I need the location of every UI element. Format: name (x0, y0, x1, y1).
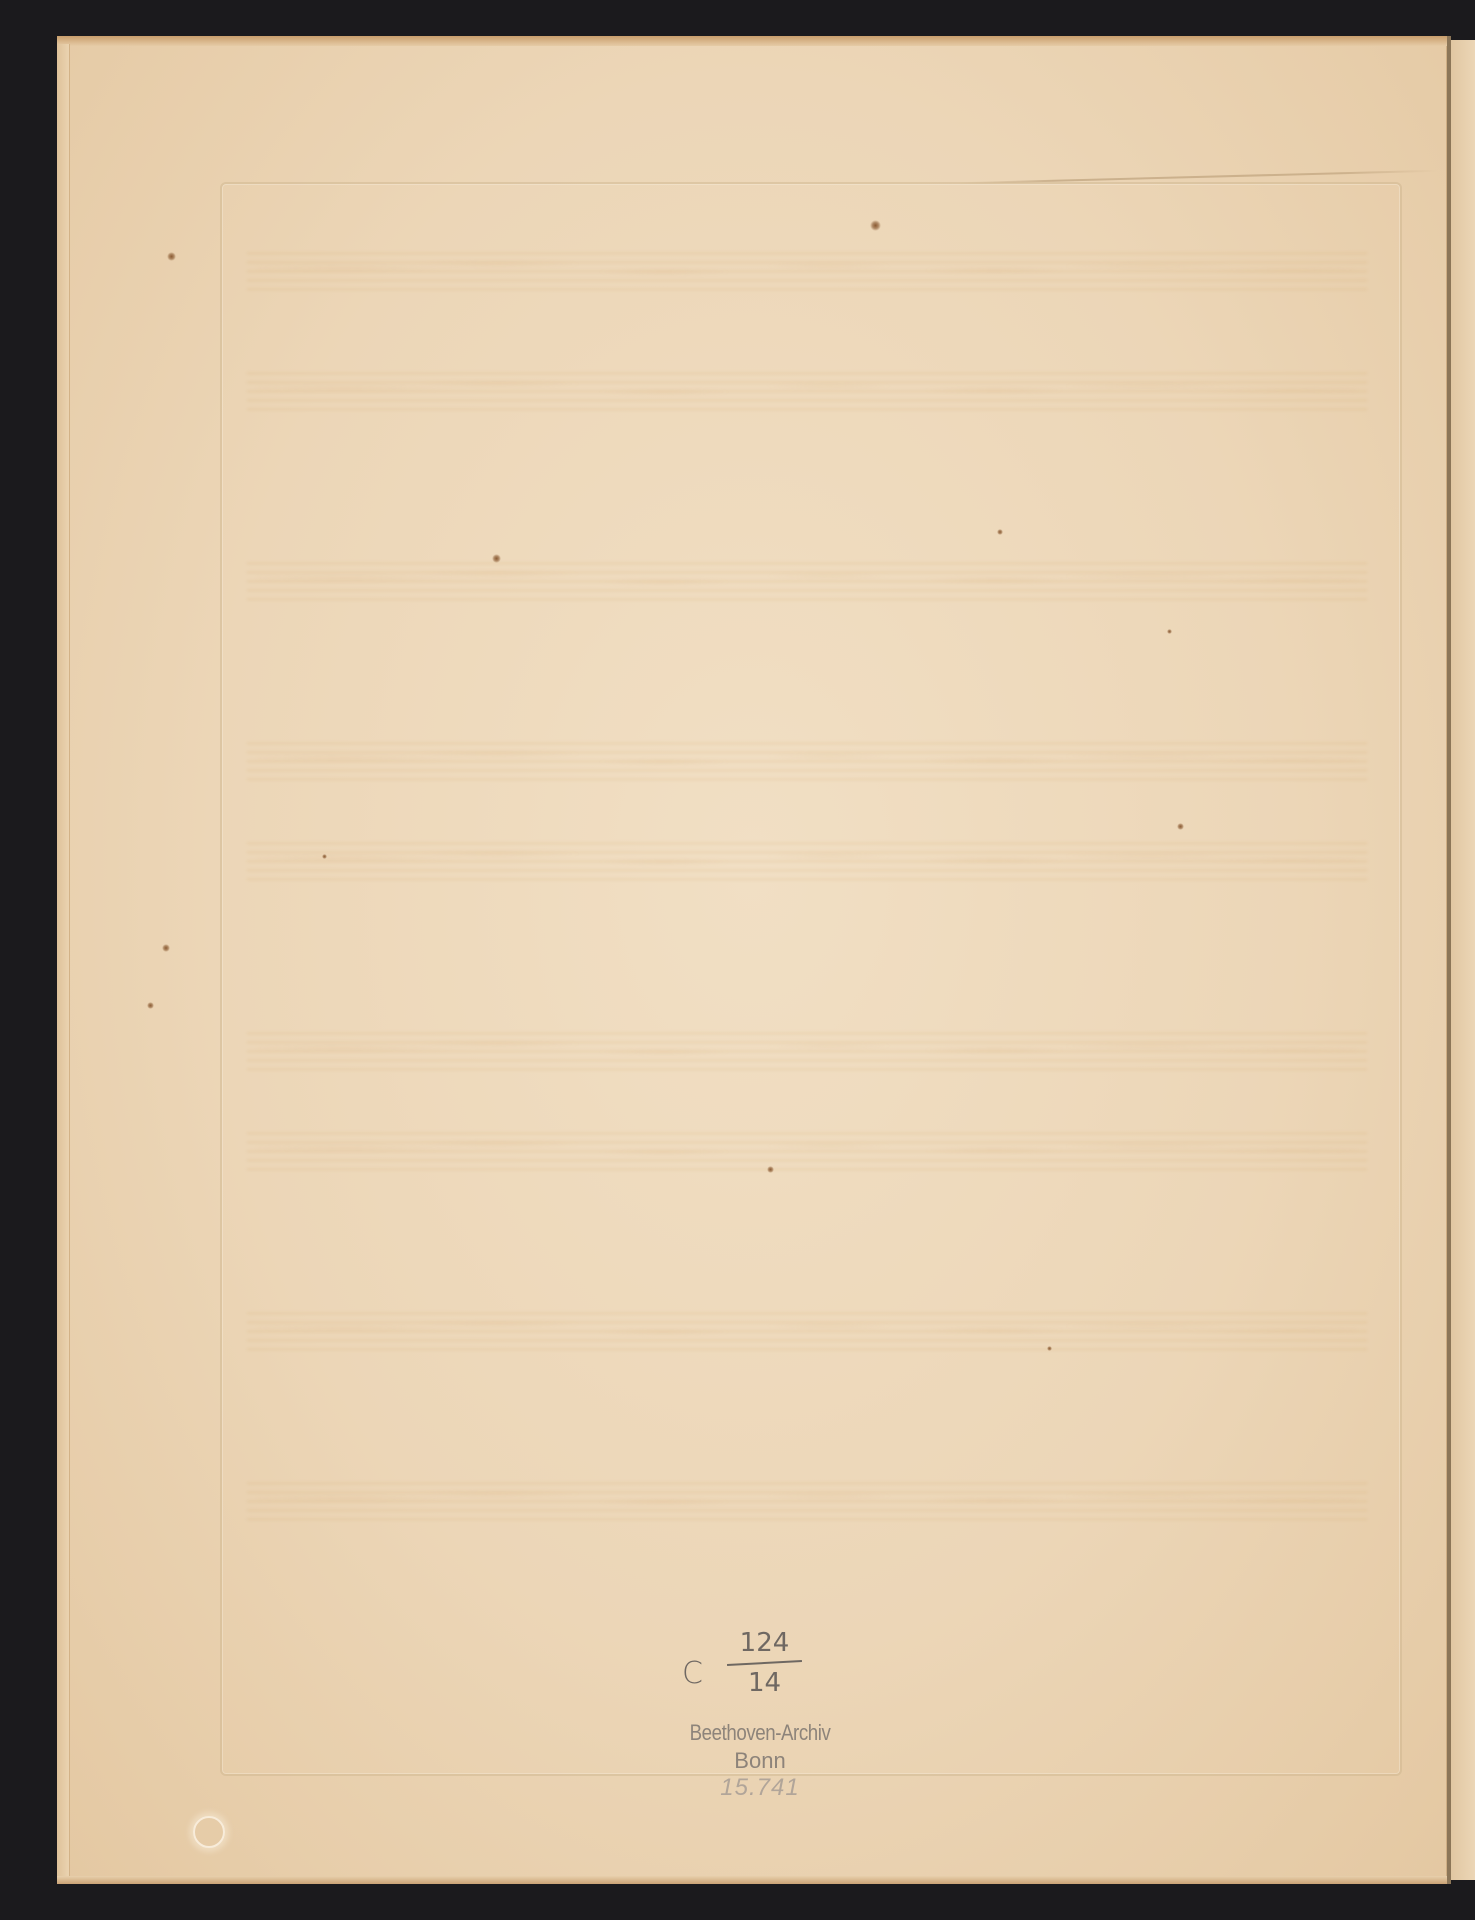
stave-blot (257, 368, 1357, 408)
foxing-spot (167, 252, 176, 261)
foxing-spot (162, 944, 170, 952)
foxing-spot (997, 529, 1003, 535)
page-left-edge (57, 44, 70, 1876)
shelfmark-fraction: 124 14 (727, 1628, 802, 1698)
stave-blot (257, 738, 1357, 778)
circle-emboss-icon (193, 1816, 225, 1848)
inventory-number: 15.741 (660, 1774, 860, 1802)
stave-blot (257, 248, 1357, 288)
stave-blot (257, 1128, 1357, 1168)
foxing-spot (492, 554, 501, 563)
foxing-spot (147, 1002, 154, 1009)
foxing-spot (870, 220, 881, 231)
foxing-spot (322, 854, 327, 859)
document-page (57, 36, 1447, 1884)
foxing-spot (1047, 1346, 1052, 1351)
fraction-bar (727, 1660, 802, 1666)
page-top-edge (57, 36, 1447, 46)
stave-blot (257, 1028, 1357, 1068)
shelfmark-denominator: 14 (727, 1668, 802, 1698)
shelfmark-numerator: 124 (727, 1628, 802, 1658)
foxing-spot (1177, 823, 1184, 830)
foxing-spot (767, 1166, 774, 1173)
stave-blot (257, 1478, 1357, 1518)
foxing-spot (1167, 629, 1172, 634)
archive-name: Beethoven-Archiv (675, 1720, 845, 1746)
facing-page-edge (1451, 40, 1475, 1880)
shelfmark-prefix: C (682, 1656, 703, 1691)
stave-blot (257, 838, 1357, 878)
page-bottom-edge (57, 1876, 1447, 1884)
archive-stamp: Beethoven-Archiv Bonn 15.741 (660, 1720, 860, 1802)
archive-city: Bonn (660, 1748, 860, 1774)
plate-mark-border (220, 182, 1402, 1776)
stave-blot (257, 558, 1357, 598)
stave-blot (257, 1308, 1357, 1348)
